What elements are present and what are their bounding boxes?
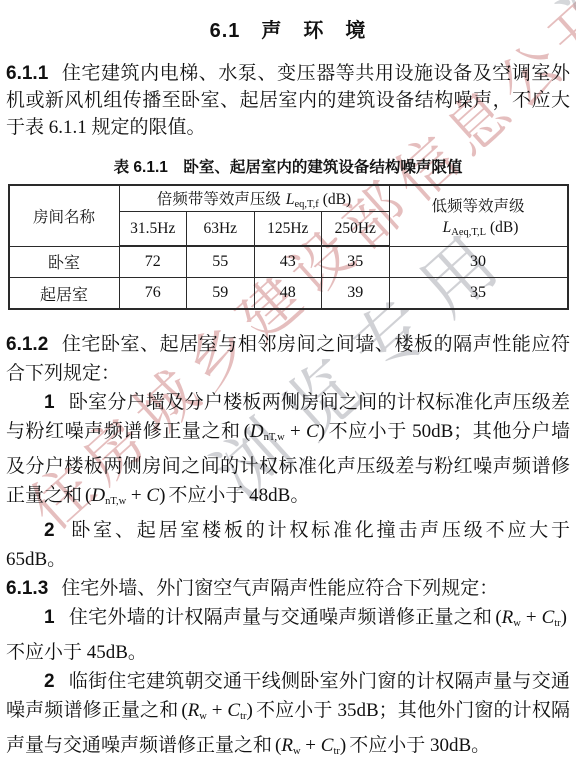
header-31-5hz: 31.5Hz <box>119 212 187 247</box>
group-unit: (dB) <box>319 191 351 208</box>
cell-room-name: 卧室 <box>9 246 120 278</box>
header-octave-band-group: 倍频带等效声压级Leq,T,f (dB) <box>119 185 389 212</box>
clause-6-1-2-item-1: 1卧室分户墙及分户楼板两侧房间之间的计权标准化声压级差与粉红噪声频谱修正量之和(… <box>6 388 570 516</box>
subscript: w <box>513 618 521 629</box>
paren: ) <box>159 485 165 506</box>
symbol-Leq: L <box>286 191 295 208</box>
low-unit: (dB) <box>486 219 518 236</box>
formula-Rw-plus-Ctr: (Rw + Ctr) <box>495 607 567 628</box>
symbol-LAeq: L <box>443 219 452 236</box>
symbol-C: C <box>542 607 555 628</box>
symbol-D: D <box>91 485 105 506</box>
cell-value: 59 <box>187 278 255 310</box>
clause-text: 住宅外墙、外门窗空气声隔声性能应符合下列规定： <box>61 578 498 599</box>
item-number: 1 <box>44 607 55 628</box>
item-text: 不应小于 30dB。 <box>349 735 490 756</box>
symbol-R: R <box>188 700 200 721</box>
symbol-D: D <box>250 421 264 442</box>
formula-DnTw-plus-C: (DnT,w + C) <box>85 485 165 506</box>
operator: + <box>285 421 306 442</box>
operator: + <box>521 607 542 628</box>
table-row-bedroom: 卧室 72 55 43 35 30 <box>9 246 568 278</box>
header-63hz: 63Hz <box>187 212 255 247</box>
cell-value: 76 <box>119 278 187 310</box>
operator: + <box>126 485 146 506</box>
clause-text: 住宅建筑内电梯、水泵、变压器等共用设施设备及空调室外机或新风机组传播至卧室、起居… <box>6 63 570 138</box>
symbol-LAeq-subscript: Aeq,T,L <box>451 227 486 238</box>
table-row-livingroom: 起居室 76 59 48 39 35 <box>9 278 568 310</box>
header-125hz: 125Hz <box>254 212 322 247</box>
table-caption: 表 6.1.1 卧室、起居室内的建筑设备结构噪声限值 <box>6 155 570 177</box>
clause-6-1-3: 6.1.3住宅外墙、外门窗空气声隔声性能应符合下列规定： <box>6 574 570 603</box>
paren: ) <box>561 607 567 628</box>
document-page: 住房城乡建设部信息公开 浏览专用 浏 6.1 声 环 境 6.1.1住宅建筑内电… <box>0 0 576 766</box>
clause-number: 6.1.2 <box>6 334 48 355</box>
formula-DnTw-plus-C: (DnT,w + C) <box>244 421 325 442</box>
low-symbol-line: LAeq,T,L (dB) <box>390 219 567 238</box>
subscript: w <box>199 711 207 722</box>
operator: + <box>301 735 321 756</box>
symbol-C: C <box>306 421 319 442</box>
table-header-row-1: 房间名称 倍频带等效声压级Leq,T,f (dB) 低频等效声级LAeq,T,L… <box>9 185 568 212</box>
item-number: 2 <box>44 671 55 692</box>
clause-6-1-1: 6.1.1住宅建筑内电梯、水泵、变压器等共用设施设备及空调室外机或新风机组传播至… <box>6 60 570 141</box>
clause-6-1-3-item-1: 1住宅外墙的计权隔声量与交通噪声频谱修正量之和(Rw + Ctr)不应小于 45… <box>6 603 570 667</box>
cell-value: 35 <box>322 246 390 278</box>
item-text: 不应小于 48dB。 <box>168 485 309 506</box>
formula-Rw-plus-Ctr: (Rw + Ctr) <box>275 735 346 756</box>
header-low-frequency: 低频等效声级LAeq,T,L (dB) <box>389 185 568 246</box>
item-text: 住宅外墙的计权隔声量与交通噪声频谱修正量之和 <box>69 607 493 628</box>
symbol-C: C <box>146 485 159 506</box>
clause-number: 6.1.1 <box>6 63 48 84</box>
clause-6-1-3-item-2: 2临街住宅建筑朝交通干线侧卧室外门窗的计权隔声量与交通噪声频谱修正量之和(Rw … <box>6 667 570 766</box>
clause-number: 6.1.3 <box>6 578 48 599</box>
paren: ) <box>340 735 346 756</box>
header-room-name: 房间名称 <box>9 185 120 246</box>
item-text: 不应小于 45dB。 <box>6 642 147 663</box>
symbol-Leq-subscript: eq,T,f <box>295 199 319 210</box>
cell-value: 39 <box>322 278 390 310</box>
symbol-C: C <box>321 735 334 756</box>
paren: ) <box>319 421 325 442</box>
cell-value: 55 <box>187 246 255 278</box>
group-label: 倍频带等效声压级 <box>157 191 281 208</box>
item-text: 卧室、起居室楼板的计权标准化撞击声压级不应大于 65dB。 <box>6 520 570 570</box>
item-number: 2 <box>44 520 55 541</box>
cell-value: 35 <box>389 278 568 310</box>
subscript: w <box>293 746 301 757</box>
cell-value: 30 <box>389 246 568 278</box>
item-number: 1 <box>44 392 55 413</box>
subscript: nT,w <box>105 496 126 507</box>
clause-6-1-2: 6.1.2住宅卧室、起居室与相邻房间之间墙、楼板的隔声性能应符合下列规定： <box>6 330 570 388</box>
symbol-C: C <box>227 700 240 721</box>
document-content: 6.1 声 环 境 6.1.1住宅建筑内电梯、水泵、变压器等共用设施设备及空调室… <box>0 14 576 766</box>
cell-value: 43 <box>254 246 322 278</box>
cell-value: 48 <box>254 278 322 310</box>
symbol-R: R <box>281 735 293 756</box>
cell-room-name: 起居室 <box>9 278 120 310</box>
paren: ) <box>247 700 253 721</box>
low-label: 低频等效声级 <box>431 198 524 215</box>
header-250hz: 250Hz <box>322 212 390 247</box>
symbol-R: R <box>502 607 514 628</box>
formula-Rw-plus-Ctr: (Rw + Ctr) <box>181 700 252 721</box>
clause-6-1-2-item-2: 2卧室、起居室楼板的计权标准化撞击声压级不应大于 65dB。 <box>6 516 570 574</box>
noise-limit-table: 房间名称 倍频带等效声压级Leq,T,f (dB) 低频等效声级LAeq,T,L… <box>8 184 569 310</box>
section-heading: 6.1 声 环 境 <box>6 14 570 43</box>
clause-text: 住宅卧室、起居室与相邻房间之间墙、楼板的隔声性能应符合下列规定： <box>6 334 570 384</box>
operator: + <box>207 700 228 721</box>
subscript: nT,w <box>264 432 285 443</box>
cell-value: 72 <box>119 246 187 278</box>
